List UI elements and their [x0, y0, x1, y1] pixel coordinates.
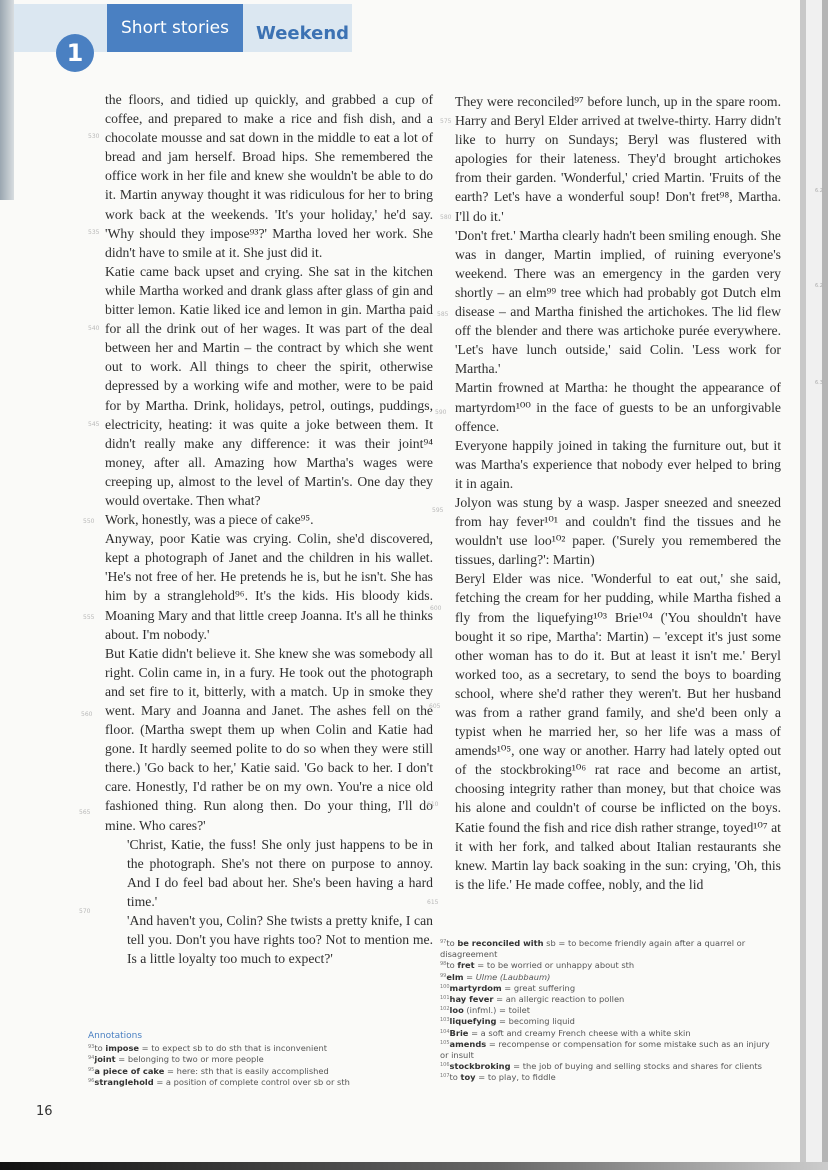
- adjacent-page-marker: 6.3: [815, 380, 823, 386]
- annotation-item: 107to toy = to play, to fiddle: [440, 1072, 770, 1083]
- line-number: 555: [83, 614, 94, 621]
- line-number: 605: [429, 703, 440, 710]
- line-number: 580: [440, 214, 451, 221]
- annotation-item: 105amends = recompense or compensation f…: [440, 1039, 770, 1061]
- line-number: 615: [427, 899, 438, 906]
- paragraph: Everyone happily joined in taking the fu…: [455, 436, 781, 493]
- paragraph: 'Christ, Katie, the fuss! She only just …: [105, 835, 433, 911]
- annotations-heading: Annotations: [88, 1031, 388, 1042]
- annotation-item: 103liquefying = becoming liquid: [440, 1016, 770, 1027]
- annotation-item: 98to fret = to be worried or unhappy abo…: [440, 960, 770, 971]
- paragraph: Work, honestly, was a piece of cake⁹⁵.: [105, 510, 433, 529]
- adjacent-page-marker: 6.2: [815, 188, 823, 194]
- annotations-right: 97to be reconciled with sb = to become f…: [440, 938, 770, 1084]
- line-number: 530: [88, 133, 99, 140]
- line-number: 540: [88, 325, 99, 332]
- page-bottom-shadow: [0, 1162, 828, 1170]
- series-tab: Short stories: [107, 4, 243, 52]
- line-number: 590: [435, 409, 446, 416]
- unit-number-badge: 1: [56, 34, 94, 72]
- annotation-item: 93to impose = to expect sb to do sth tha…: [88, 1043, 388, 1054]
- annotation-item: 106stockbroking = the job of buying and …: [440, 1061, 770, 1072]
- paragraph: They were reconciled⁹⁷ before lunch, up …: [455, 92, 781, 226]
- line-number: 560: [81, 711, 92, 718]
- paragraph: Martin frowned at Martha: he thought the…: [455, 378, 781, 435]
- line-number: 585: [437, 311, 448, 318]
- paragraph: But Katie didn't believe it. She knew sh…: [105, 644, 433, 835]
- line-number: 600: [430, 605, 441, 612]
- annotation-item: 95a piece of cake = here: sth that is ea…: [88, 1066, 388, 1077]
- annotation-item: 94joint = belonging to two or more peopl…: [88, 1054, 388, 1065]
- paragraph: 'And haven't you, Colin? She twists a pr…: [105, 911, 433, 968]
- line-number: 575: [440, 118, 451, 125]
- line-number: 570: [79, 908, 90, 915]
- page-edge-shadow: [0, 0, 14, 200]
- paragraph: Jolyon was stung by a wasp. Jasper sneez…: [455, 493, 781, 569]
- line-number: 545: [88, 421, 99, 428]
- annotation-item: 100martyrdom = great suffering: [440, 983, 770, 994]
- paragraph: Beryl Elder was nice. 'Wonderful to eat …: [455, 569, 781, 894]
- line-number: 565: [79, 809, 90, 816]
- annotation-item: 99elm = Ulme (Laubbaum): [440, 972, 770, 983]
- adjacent-page-edge: [806, 0, 822, 1170]
- annotation-item: 96stranglehold = a position of complete …: [88, 1077, 388, 1088]
- paragraph: Katie came back upset and crying. She sa…: [105, 262, 433, 510]
- annotation-item: 102loo (infml.) = toilet: [440, 1005, 770, 1016]
- page-number: 16: [36, 1104, 53, 1119]
- book-binding-edge: [822, 0, 828, 1170]
- paragraph: 'Don't fret.' Martha clearly hadn't been…: [455, 226, 781, 379]
- adjacent-page-marker: 6.2: [815, 283, 823, 289]
- line-number: 595: [432, 507, 443, 514]
- line-number: 610: [427, 801, 438, 808]
- annotation-item: 101hay fever = an allergic reaction to p…: [440, 994, 770, 1005]
- story-title: Weekend: [256, 4, 349, 52]
- paragraph: Anyway, poor Katie was crying. Colin, sh…: [105, 529, 433, 644]
- line-number: 535: [88, 229, 99, 236]
- annotation-item: 104Brie = a soft and creamy French chees…: [440, 1028, 770, 1039]
- annotation-item: 97to be reconciled with sb = to become f…: [440, 938, 770, 960]
- line-number: 550: [83, 518, 94, 525]
- paragraph: the floors, and tidied up quickly, and g…: [105, 90, 433, 262]
- story-column-right: They were reconciled⁹⁷ before lunch, up …: [455, 92, 781, 894]
- story-column-left: the floors, and tidied up quickly, and g…: [105, 90, 433, 968]
- annotations-left: Annotations 93to impose = to expect sb t…: [88, 1031, 388, 1088]
